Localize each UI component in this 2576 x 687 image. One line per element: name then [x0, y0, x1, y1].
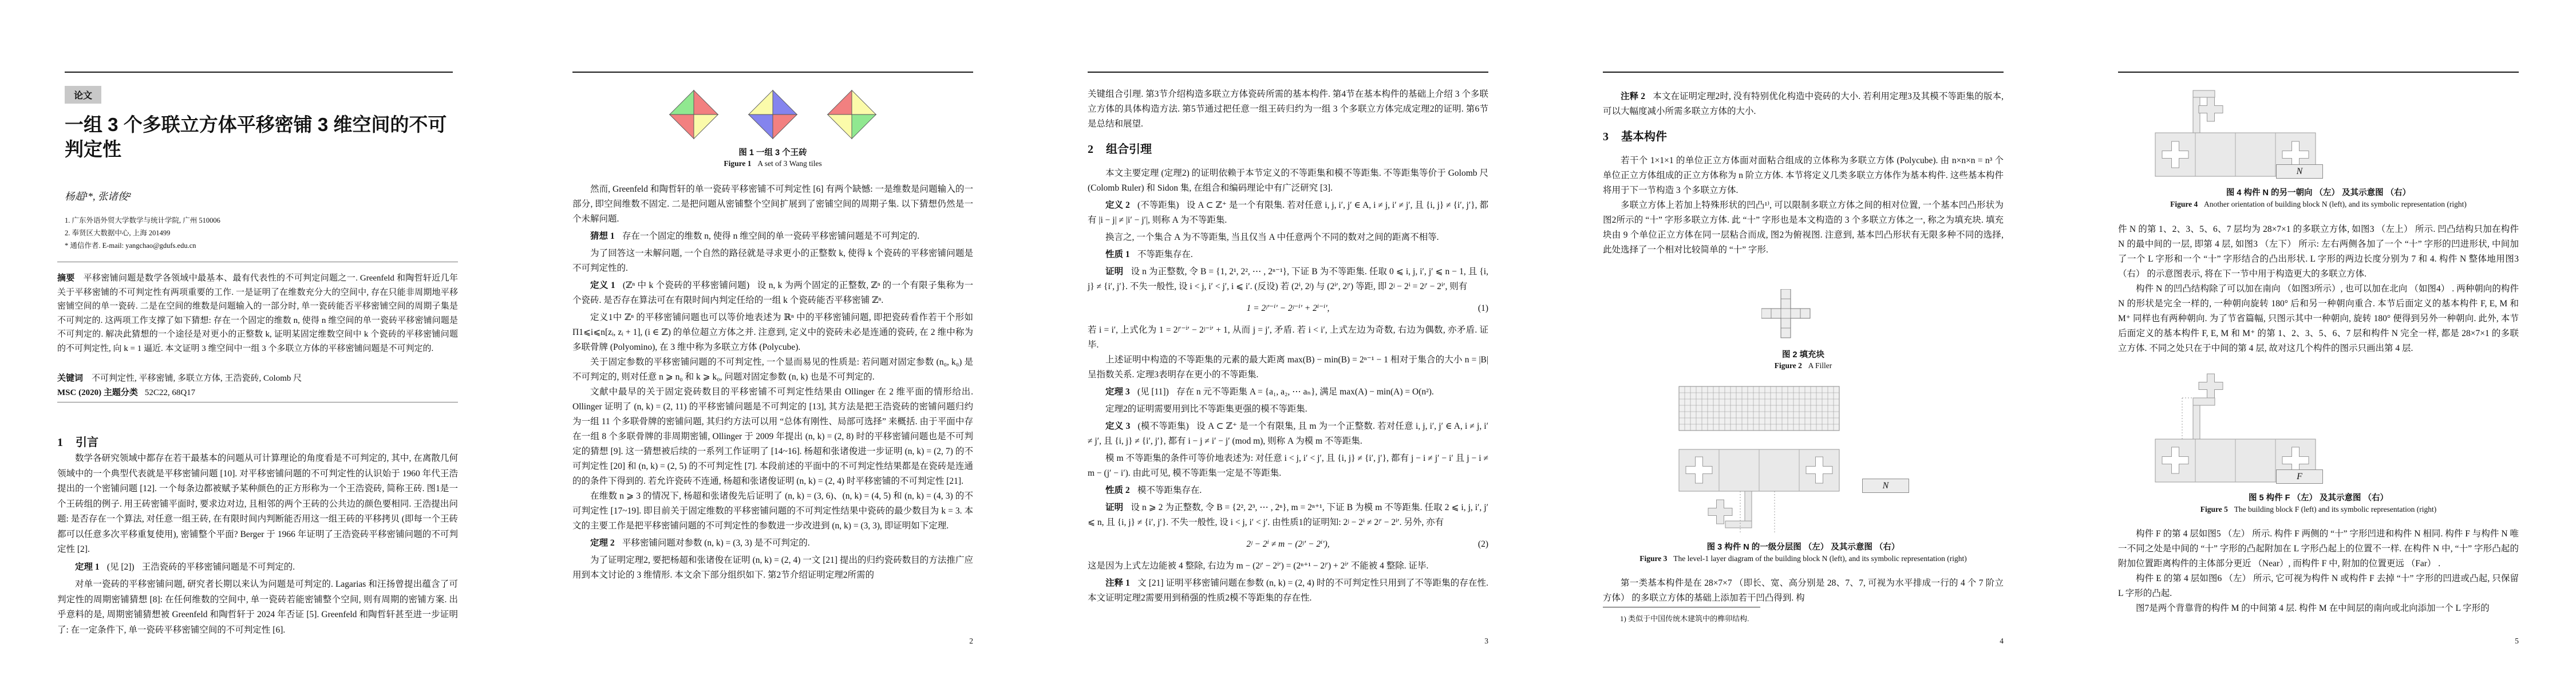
paper-spread: { "colors": { "green": "#90e890", "red":…: [0, 0, 2576, 687]
msc-line: MSC (2020) 主题分类52C22, 68Q17: [57, 386, 458, 398]
theorem-3: 定理 3(见 [11])存在 n 元不等距集 A = {a₁, a₂, ⋯ aₙ…: [1088, 385, 1488, 400]
remark-label: 注释 1: [1105, 578, 1130, 588]
figure-2-caption-en: Figure 2A Filler: [1603, 361, 2004, 370]
paragraph: 模 m 不等距集的条件可等价地表述为: 对任意 i < j, i′ < j′, …: [1088, 451, 1488, 481]
msc-label: MSC (2020) 主题分类: [57, 388, 138, 397]
footnote: 1) 类似于中国传统木建筑中的榫卯结构.: [1620, 613, 1998, 623]
paragraph: 然而, Greenfeld 和陶哲轩的单一瓷砖平移密铺不可判定性 [6] 有两个…: [572, 182, 973, 227]
figure-label: Figure 3: [1639, 554, 1667, 563]
figure-caption-text: The level-1 layer diagram of the buildin…: [1673, 554, 1966, 563]
figure-3-block-n-layers: [1603, 382, 2004, 538]
theorem-ref: (见 [11]): [1137, 387, 1169, 397]
body-text: 注释 2本文在证明定理2时, 没有特别优化构造中瓷砖的大小. 若利用定理3及其模…: [1603, 87, 2004, 258]
proof: 证明设 n ⩾ 2 为正整数, 令 B = {2², 2³, ⋯ , 2ⁿ}, …: [1088, 500, 1488, 530]
corresponding-email: * 通信作者. E-mail: yangchao@gdufs.edu.cn: [65, 239, 220, 252]
definition-ref: (不等距集): [1137, 200, 1179, 210]
theorem-text: 存在 n 元不等距集 A = {a₁, a₂, ⋯ aₙ}, 满足 max(A)…: [1176, 387, 1434, 397]
paragraph: 定义1中 ℤⁿ 的平移密铺问题也可以等价地表述为 ℝⁿ 中的平移密铺问题, 即把…: [572, 310, 973, 355]
proof-continued: 若 i = i′, 上式化为 1 = 2ʲʹ⁻ⁱʹ − 2ʲ⁻ⁱʹ + 1, 从…: [1088, 323, 1488, 353]
figure-3-caption-cn: 图 3 构件 N 的一级分层图 （左） 及其示意图 （右）: [1603, 540, 2004, 552]
divider: [57, 402, 458, 402]
proof-label: 证明: [1105, 267, 1123, 277]
page-number: 5: [2118, 637, 2519, 646]
abstract-label: 摘要: [57, 273, 75, 283]
figure-2-caption-cn: 图 2 填充块: [1603, 348, 2004, 360]
keywords-label: 关键词: [57, 373, 83, 383]
figure-5-block-f: [2118, 373, 2519, 485]
paragraph: 在维数 n ⩾ 3 的情况下, 杨超和张诸俊先后证明了 (n, k) = (3,…: [572, 489, 973, 534]
paragraph: 构件 N 的凹凸结构除了可以加在南向 （如图3所示）, 也可以加在北向 （如图4…: [2118, 282, 2519, 356]
figure-1-caption-cn: 图 1 一组 3 个王砖: [572, 146, 973, 158]
paragraph: 对单一瓷砖的平移密铺问题, 研究者长期以来认为问题是可判定的. Lagarias…: [57, 577, 458, 638]
paragraph: 构件 F 的第 4 层如图5 （左） 所示. 构件 F 两侧的 “十” 字形凹进…: [2118, 527, 2519, 571]
header-rule: [65, 72, 453, 73]
definition-2: 定义 2(不等距集)设 A ⊂ ℤ⁺ 是一个有限集. 若对任意 i, j, i′…: [1088, 198, 1488, 228]
definition-ref: (模不等距集): [1138, 421, 1189, 431]
conjecture-1: 猜想 1存在一个固定的维数 n, 使得 n 维空间的单一瓷砖平移密铺问题是不可判…: [572, 229, 973, 244]
property-label: 性质 1: [1105, 250, 1130, 259]
page-1: 论文 一组 3 个多联立方体平移密铺 3 维空间的不可判定性 杨超¹*, 张诸俊…: [0, 0, 515, 687]
property-2: 性质 2模不等距集存在.: [1088, 483, 1488, 498]
theorem-2: 定理 2平移密铺问题对参数 (n, k) = (3, 3) 是不可判定的.: [572, 536, 973, 551]
page-title: 一组 3 个多联立方体平移密铺 3 维空间的不可判定性: [65, 112, 454, 161]
symbol-box-f: F: [2276, 469, 2323, 484]
definition-1: 定义 1(ℤⁿ 中 k 个瓷砖的平移密铺问题)设 n, k 为两个固定的正整数,…: [572, 278, 973, 308]
property-text: 模不等距集存在.: [1137, 485, 1202, 495]
l-arm: [2193, 398, 2215, 405]
wang-tile-icon: [747, 89, 799, 140]
body-text-bottom: 构件 F 的第 4 层如图5 （左） 所示. 构件 F 两侧的 “十” 字形凹进…: [2118, 527, 2519, 616]
theorem-ref: (见 [2]): [107, 562, 135, 572]
equation-2: 2ʲ − 2ⁱ ≠ m − (2ʲʹ − 2ⁱʹ), (2): [1088, 537, 1488, 552]
cross-bump-icon: [2199, 374, 2223, 398]
paragraph: 换言之, 一个集合 A 为不等距集, 当且仅当 A 中任意两个不同的数对之间的距…: [1088, 230, 1488, 245]
dashed-guide: [2182, 398, 2193, 439]
keywords-line: 关键词不可判定性, 平移密铺, 多联立方体, 王浩瓷砖, Colomb 尺: [57, 372, 458, 384]
proof-text: 设 n 为正整数, 令 B = {1, 2¹, 2², ⋯ , 2ⁿ⁻¹}, 下…: [1088, 267, 1488, 291]
page-5: N 图 4 构件 N 的另一朝向 （左） 及其示意图 （右） Figure 4A…: [2061, 0, 2576, 687]
conjecture-text: 存在一个固定的维数 n, 使得 n 维空间的单一瓷砖平移密铺问题是不可判定的.: [622, 231, 919, 241]
figure-5-caption-en: Figure 5The building block F (left) and …: [2118, 505, 2519, 514]
figure-caption-text: Another orientation of building block N …: [2204, 200, 2467, 208]
affiliation-1: 1. 广东外语外贸大学数学与统计学院, 广州 510006: [65, 214, 220, 227]
body-text: 件 N 的第 1、2、3、5、6、7 层均为 28×7×1 的多联立方体, 如图…: [2118, 222, 2519, 356]
cross-bump-icon: [2199, 97, 2223, 121]
equation-number: (2): [1478, 537, 1488, 552]
abstract-text: 平移密铺问题是数学各领域中最基本、最有代表性的不可判定问题之一. Greenfe…: [57, 274, 458, 353]
paragraph: 多联立方体上若加上特殊形状的凹凸¹⁾, 可以限制多联立方体之间的相对位置, 一个…: [1603, 198, 2004, 258]
body-text: 关键组合引理. 第3节介绍构造多联立方体瓷砖所需的基本构件. 第4节在基本构件的…: [1088, 87, 1488, 608]
paragraph: 上述证明中构造的不等距集的元素的最大距离 max(B) − min(B) = 2…: [1088, 353, 1488, 382]
theorem-label: 定理 2: [590, 538, 615, 548]
proof-label: 证明: [1105, 503, 1123, 512]
paragraph: 若干个 1×1×1 的单位正立方体面对面粘合组成的立体称为多联立方体 (Poly…: [1603, 153, 2004, 198]
definition-label: 定义 2: [1105, 200, 1130, 210]
paragraph: 为了回答这一未解问题, 一个自然的路径就是寻求更小的正整数 k, 使得 k 个瓷…: [572, 246, 973, 276]
msc-codes: 52C22, 68Q17: [145, 388, 195, 397]
definition-3: 定义 3(模不等距集)设 A ⊂ ℤ⁺ 是一个有限集, 且 m 为一个正整数. …: [1088, 419, 1488, 449]
figure-label: Figure 5: [2200, 505, 2228, 514]
abstract: 摘要平移密铺问题是数学各领域中最基本、最有代表性的不可判定问题之一. Green…: [57, 271, 458, 356]
page-number: 4: [1603, 637, 2004, 646]
equation-number: (1): [1478, 301, 1488, 316]
intro-text: 数学各研究领域中都存在若干最基本的问题从可计算理论的角度看是不可判定的, 其中,…: [57, 451, 458, 638]
figure-caption-text: A Filler: [1808, 361, 1832, 370]
figure-label: Figure 1: [724, 159, 751, 168]
l-foot: [1725, 521, 1752, 528]
theorem-label: 定理 1: [75, 562, 100, 572]
authors: 杨超¹*, 张诸俊²: [65, 189, 131, 203]
affiliation-2: 2. 奉贤区大数据中心, 上海 201499: [65, 227, 220, 239]
section-heading-1: 1引言: [57, 433, 98, 449]
property-text: 不等距集存在.: [1137, 250, 1193, 259]
paragraph: 构件 E 的第 4 层如图6 （左） 所示, 它可视为构件 N 或构件 F 去掉…: [2118, 571, 2519, 601]
figure-1-caption-en: Figure 1A set of 3 Wang tiles: [572, 159, 973, 168]
conjecture-label: 猜想 1: [590, 231, 615, 241]
wang-tile-icon: [668, 89, 720, 140]
footnote-rule: [1603, 607, 1760, 607]
figure-5-caption-cn: 图 5 构件 F （左） 及其示意图 （右）: [2118, 491, 2519, 503]
divider: [57, 262, 458, 262]
paragraph: 本文主要定理 (定理2) 的证明依赖于本节定义的不等距集和模不等距集. 不等距集…: [1088, 166, 1488, 196]
equation-1: 1 = 2ʲʹ⁻ⁱʹ − 2ʲ⁻ⁱʹ + 2ⁱ⁻ⁱʹ, (1): [1088, 301, 1488, 316]
figure-1-wang-tiles: [572, 89, 973, 140]
article-type-badge: 论文: [65, 86, 101, 104]
symbol-box-n: N: [2276, 164, 2323, 179]
section-title: 组合引理: [1106, 143, 1152, 156]
section-title: 引言: [76, 436, 98, 449]
body-text: 然而, Greenfeld 和陶哲轩的单一瓷砖平移密铺不可判定性 [6] 有两个…: [572, 182, 973, 583]
section-number: 1: [57, 436, 63, 449]
paragraph: 第一类基本构件是在 28×7×7 （即长、宽、高分别是 28、7、7, 可视为水…: [1603, 576, 2004, 606]
keywords-text: 不可判定性, 平移密铺, 多联立方体, 王浩瓷砖, Colomb 尺: [92, 374, 302, 383]
proof: 证明设 n 为正整数, 令 B = {1, 2¹, 2², ⋯ , 2ⁿ⁻¹},…: [1088, 264, 1488, 294]
paragraph: 数学各研究领域中都存在若干最基本的问题从可计算理论的角度看是不可判定的, 其中,…: [57, 451, 458, 558]
header-rule: [572, 72, 973, 73]
section-number: 2: [1088, 143, 1093, 156]
figure-4-caption-en: Figure 4Another orientation of building …: [2118, 200, 2519, 209]
page-4: 注释 2本文在证明定理2时, 没有特别优化构造中瓷砖的大小. 若利用定理3及其模…: [1546, 0, 2061, 687]
l-stem: [2193, 405, 2200, 439]
property-label: 性质 2: [1105, 485, 1130, 495]
section-heading-2: 2组合引理: [1088, 142, 1488, 157]
paragraph: 为了证明定理2, 要把杨超和张诸俊在证明 (n, k) = (2, 4) 一文 …: [572, 553, 973, 583]
affiliations: 1. 广东外语外贸大学数学与统计学院, 广州 510006 2. 奉贤区大数据中…: [65, 214, 220, 252]
paragraph: 关键组合引理. 第3节介绍构造多联立方体瓷砖所需的基本构件. 第4节在基本构件的…: [1088, 87, 1488, 132]
equation-body: 1 = 2ʲʹ⁻ⁱʹ − 2ʲ⁻ⁱʹ + 2ⁱ⁻ⁱʹ,: [1247, 303, 1330, 313]
header-rule: [2118, 72, 2519, 73]
theorem-1: 定理 1(见 [2])王浩瓷砖的平移密铺问题是不可判定的.: [57, 560, 458, 575]
remark-text: 文 [21] 证明平移密铺问题在参数 (n, k) = (2, 4) 时的不可判…: [1088, 578, 1488, 603]
remark-text: 本文在证明定理2时, 没有特别优化构造中瓷砖的大小. 若利用定理3及其模不等距集…: [1603, 92, 2004, 116]
definition-label: 定义 1: [590, 281, 615, 290]
paragraph: 文献中最早的关于固定瓷砖数目的平移密铺不可判定性结果由 Ollinger 在 2…: [572, 385, 973, 489]
page-2: 图 1 一组 3 个王砖 Figure 1A set of 3 Wang til…: [515, 0, 1030, 687]
equation-body: 2ʲ − 2ⁱ ≠ m − (2ʲʹ − 2ⁱʹ),: [1246, 539, 1329, 549]
body-text-bottom: 第一类基本构件是在 28×7×7 （即长、宽、高分别是 28、7、7, 可视为水…: [1603, 576, 2004, 606]
paragraph: 定理2的证明需要用到比不等距集更强的模不等距集.: [1088, 402, 1488, 417]
section-heading-3: 3基本构件: [1603, 129, 2004, 144]
figure-2-filler-cross: [1761, 289, 1811, 338]
proof-text: 设 n ⩾ 2 为正整数, 令 B = {2², 2³, ⋯ , 2ⁿ}, m …: [1088, 503, 1488, 527]
figure-label: Figure 2: [1775, 361, 1802, 370]
page-number: 2: [572, 637, 973, 646]
remark-2: 注释 2本文在证明定理2时, 没有特别优化构造中瓷砖的大小. 若利用定理3及其模…: [1603, 89, 2004, 119]
figure-3-caption-en: Figure 3The level-1 layer diagram of the…: [1603, 554, 2004, 563]
property-1: 性质 1不等距集存在.: [1088, 247, 1488, 262]
cross-bump-icon: [1708, 500, 1732, 524]
figure-4-caption-cn: 图 4 构件 N 的另一朝向 （左） 及其示意图 （右）: [2118, 186, 2519, 198]
definition-label: 定义 3: [1105, 421, 1130, 431]
figure-label: Figure 4: [2170, 200, 2198, 208]
theorem-text: 王浩瓷砖的平移密铺问题是不可判定的.: [142, 562, 295, 572]
figure-caption-text: A set of 3 Wang tiles: [757, 159, 821, 168]
page-3: 关键组合引理. 第3节介绍构造多联立方体瓷砖所需的基本构件. 第4节在基本构件的…: [1030, 0, 1546, 687]
paragraph: 关于固定参数的平移密铺问题的不可判定性, 一个显而易见的性质是: 若问题对固定参…: [572, 355, 973, 385]
page-number: 3: [1088, 637, 1488, 646]
section-number: 3: [1603, 131, 1609, 143]
remark-label: 注释 2: [1621, 92, 1645, 101]
symbol-box-n: N: [1862, 479, 1909, 493]
theorem-label: 定理 3: [1105, 387, 1130, 397]
l-arm: [2193, 90, 2215, 97]
theorem-text: 平移密铺问题对参数 (n, k) = (3, 3) 是不可判定的.: [622, 538, 810, 548]
section-title: 基本构件: [1621, 131, 1667, 143]
header-rule: [1603, 72, 2004, 73]
remark-1: 注释 1文 [21] 证明平移密铺问题在参数 (n, k) = (2, 4) 时…: [1088, 576, 1488, 606]
header-rule: [1088, 72, 1488, 73]
proof-continued: 这是因为上式左边能被 4 整除, 右边为 m − (2ʲʹ − 2ⁱʹ) = (…: [1088, 559, 1488, 574]
definition-ref: (ℤⁿ 中 k 个瓷砖的平移密铺问题): [623, 281, 749, 290]
figure-caption-text: The building block F (left) and its symb…: [2234, 505, 2437, 514]
paragraph: 图7是两个背靠背的构件 M 的中间第 4 层. 构件 M 在中间层的南向或北向添…: [2118, 601, 2519, 616]
paragraph: 件 N 的第 1、2、3、5、6、7 层均为 28×7×1 的多联立方体, 如图…: [2118, 222, 2519, 282]
wang-tile-icon: [826, 89, 878, 140]
